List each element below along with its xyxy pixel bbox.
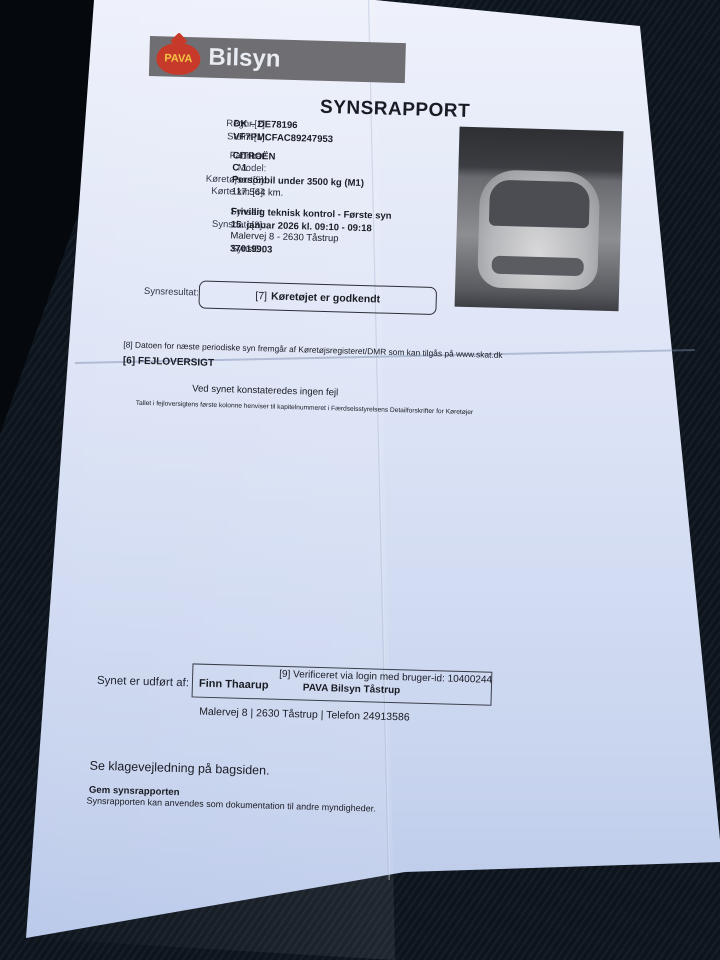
result-text: Køretøjet er godkendt: [271, 290, 380, 305]
car-photo: [455, 127, 624, 312]
drop-logo-icon: PAVA: [156, 42, 201, 75]
station-address: Malervej 8 | 2630 Tåstrup | Telefon 2491…: [199, 706, 410, 724]
no-faults-text: Ved synet konstateredes ingen fejl: [192, 383, 338, 398]
keep-report-text: Synsrapporten kan anvendes som dokumenta…: [86, 796, 375, 814]
car-grille: [491, 256, 583, 277]
logo-badge: PAVA: [164, 52, 192, 65]
fault-reference-note: Tallet i fejloversigtens første kolonne …: [136, 400, 474, 416]
inspector-name: Finn Thaarup: [199, 678, 269, 692]
performed-by-label: Synet er udført af:: [97, 675, 189, 690]
inspection-report: PAVA Bilsyn SYNSRAPPORT Regnr.[2]: DK – …: [128, 36, 650, 850]
result-box: [7] Køretøjet er godkendt: [198, 280, 437, 315]
report-title: SYNSRAPPORT: [320, 97, 471, 123]
logo-name: Bilsyn: [208, 44, 281, 74]
signature-box: Finn Thaarup [9] Verificeret via login m…: [192, 663, 493, 705]
brand-logo: PAVA Bilsyn: [149, 36, 406, 83]
result-ref: [7]: [255, 290, 267, 302]
station-name: PAVA Bilsyn Tåstrup: [303, 683, 401, 697]
car-windshield: [489, 180, 590, 229]
